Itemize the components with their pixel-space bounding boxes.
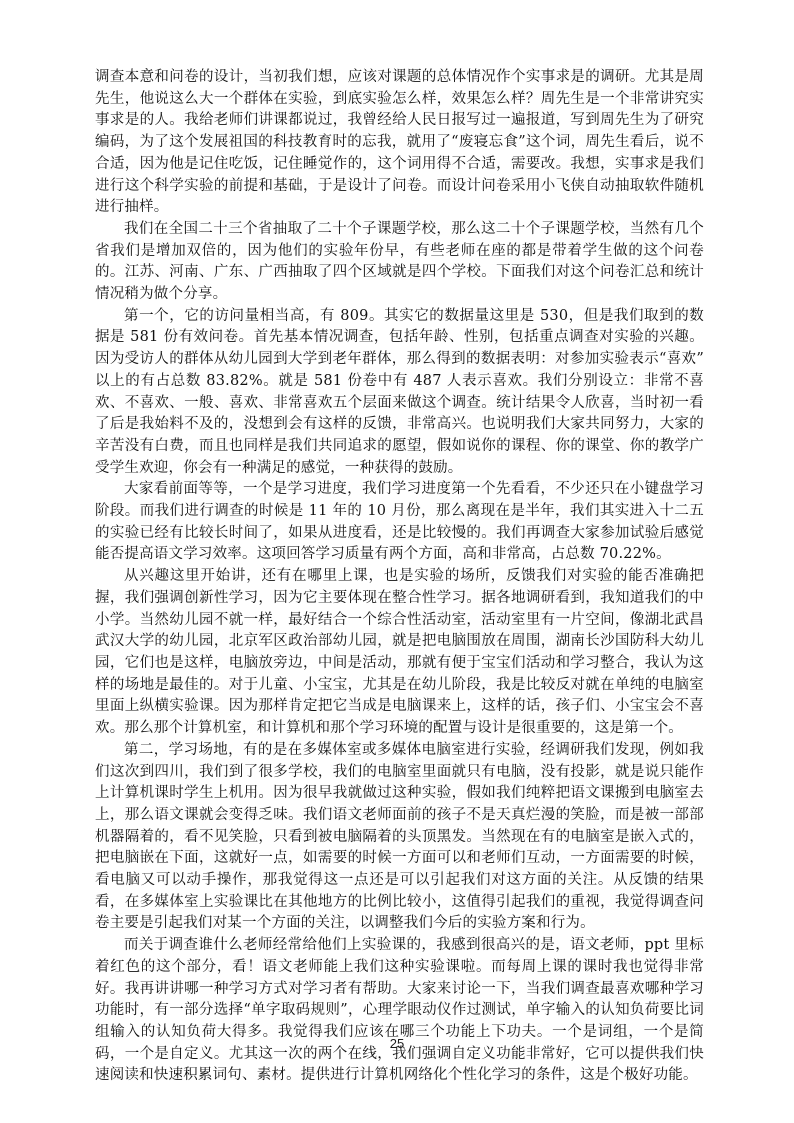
paragraph: 第一个，它的访问量相当高，有 809。其实它的数据量这里是 530，但是我们取到…	[95, 306, 704, 480]
paragraph: 调查本意和问卷的设计，当初我们想，应该对课题的总体情况作个实事求是的调研。尤其是…	[95, 67, 704, 219]
paragraph: 从兴趣这里开始讲，还有在哪里上课，也是实验的场所，反馈我们对实验的能否准确把握，…	[95, 566, 704, 740]
document-body: 调查本意和问卷的设计，当初我们想，应该对课题的总体情况作个实事求是的调研。尤其是…	[95, 67, 704, 1087]
page-number: 25	[0, 1036, 794, 1051]
paragraph: 大家看前面等等，一个是学习进度，我们学习进度第一个先看看，不少还只在小键盘学习阶…	[95, 479, 704, 566]
paragraph: 第二，学习场地，有的是在多媒体室或多媒体电脑室进行实验，经调研我们发现，例如我们…	[95, 740, 704, 935]
paragraph: 我们在全国二十三个省抽取了二十个子课题学校，那么这二十个子课题学校，当然有几个省…	[95, 219, 704, 306]
document-page: 调查本意和问卷的设计，当初我们想，应该对课题的总体情况作个实事求是的调研。尤其是…	[0, 0, 794, 1123]
paragraph: 而关于调查谁什么老师经常给他们上实验课的，我感到很高兴的是，语文老师，ppt 里…	[95, 935, 704, 1087]
